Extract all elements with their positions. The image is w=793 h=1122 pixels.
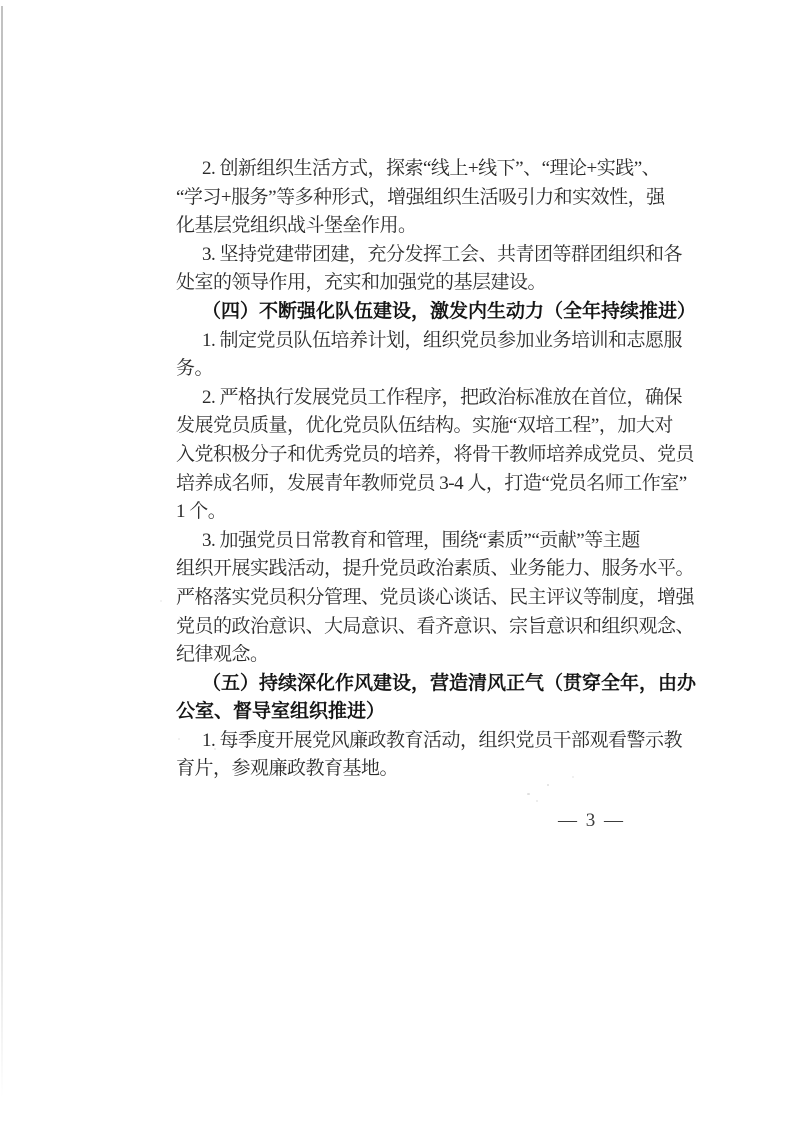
document-body: 2. 创新组织生活方式，探索“线上+线下”、“理论+实践”、“学习+服务”等多种… <box>176 155 644 784</box>
body-line: 发展党员质量，优化党员队伍结构。实施“双培工程”，加大对 <box>176 412 644 441</box>
body-line: 纪律观念。 <box>176 641 644 670</box>
body-line: “学习+服务”等多种形式，增强组织生活吸引力和实效性，强 <box>176 184 644 213</box>
body-line: 培养成名师，发展青年教师党员 3-4 人，打造“党员名师工作室” <box>176 470 644 499</box>
body-line: 3. 坚持党建带团建，充分发挥工会、共青团等群团组织和各 <box>176 241 644 270</box>
body-line: 2. 创新组织生活方式，探索“线上+线下”、“理论+实践”、 <box>176 155 644 184</box>
scan-edge-line <box>1 6 3 1098</box>
body-line: 育片，参观廉政教育基地。 <box>176 755 644 784</box>
scan-noise-speck <box>178 738 180 740</box>
body-line: 严格落实党员积分管理、党员谈心谈话、民主评议等制度，增强 <box>176 584 644 613</box>
body-line: 务。 <box>176 355 644 384</box>
heading-line: 公室、督导室组织推进） <box>176 698 644 727</box>
scan-noise-speck <box>536 800 538 802</box>
page-number: — 3 — <box>558 810 625 832</box>
body-line: 处室的领导作用，充实和加强党的基层建设。 <box>176 269 644 298</box>
body-line: 化基层党组织战斗堡垒作用。 <box>176 212 644 241</box>
body-line: 1 个。 <box>176 498 644 527</box>
scan-noise-speck <box>198 766 200 768</box>
scanned-document-page: 2. 创新组织生活方式，探索“线上+线下”、“理论+实践”、“学习+服务”等多种… <box>0 0 793 1122</box>
body-line: 入党积极分子和优秀党员的培养，将骨干教师培养成党员、党员 <box>176 441 644 470</box>
heading-line: （四）不断强化队伍建设，激发内生动力（全年持续推进） <box>176 298 644 327</box>
body-line: 3. 加强党员日常教育和管理，围绕“素质”“贡献”等主题 <box>176 527 644 556</box>
body-line: 2. 严格执行发展党员工作程序，把政治标准放在首位，确保 <box>176 384 644 413</box>
body-line: 1. 制定党员队伍培养计划，组织党员参加业务培训和志愿服 <box>176 327 644 356</box>
body-line: 1. 每季度开展党风廉政教育活动，组织党员干部观看警示教 <box>176 727 644 756</box>
scan-noise-speck <box>572 776 574 778</box>
scan-noise-speck <box>527 793 530 795</box>
heading-line: （五）持续深化作风建设，营造清风正气（贯穿全年，由办 <box>176 670 644 699</box>
body-line: 党员的政治意识、大局意识、看齐意识、宗旨意识和组织观念、 <box>176 613 644 642</box>
body-line: 组织开展实践活动，提升党员政治素质、业务能力、服务水平。 <box>176 555 644 584</box>
scan-noise-speck <box>214 748 216 750</box>
scan-noise-speck <box>547 784 549 786</box>
scan-noise-speck <box>160 600 162 602</box>
